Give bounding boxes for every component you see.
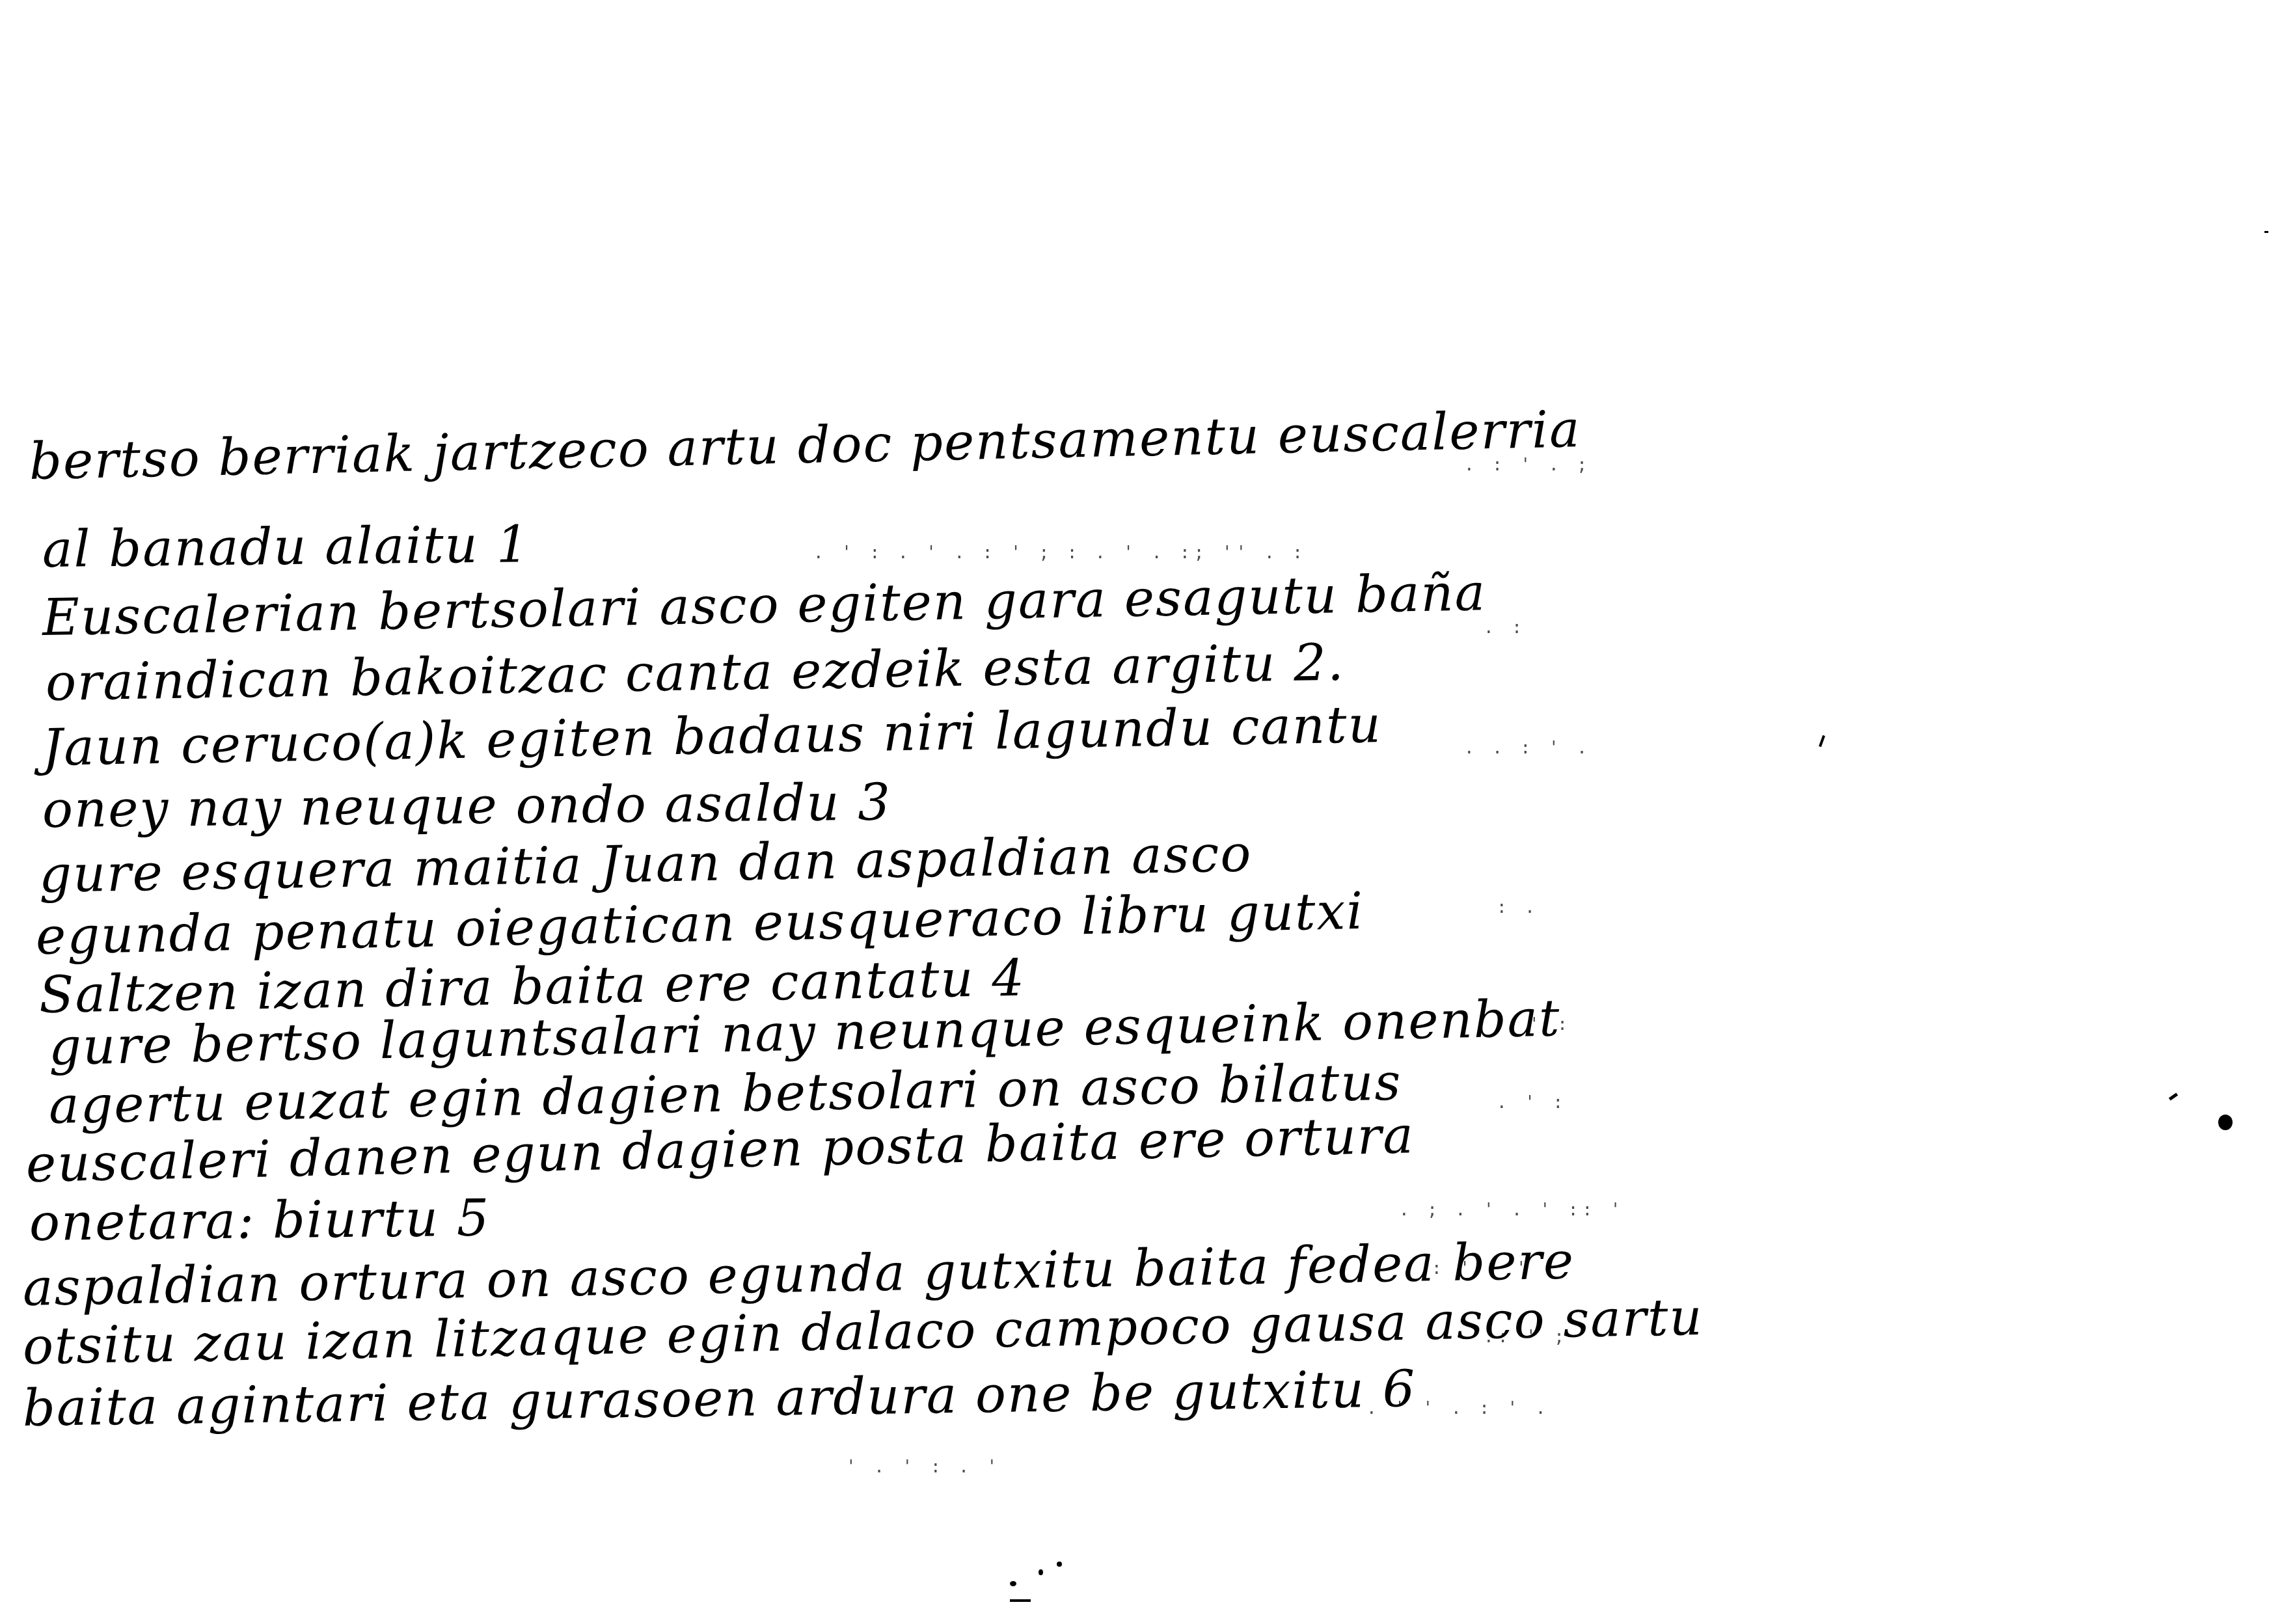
ink-blot	[1057, 1562, 1062, 1567]
ink-mark	[1819, 735, 1825, 747]
scan-noise: : .	[1497, 898, 1539, 917]
scan-noise: . . : ' .	[1464, 738, 1591, 758]
scan-noise: ' :	[1529, 1015, 1571, 1035]
ink-mark	[2169, 1092, 2178, 1100]
text-line-2: al banadu alaitu 1	[42, 515, 530, 579]
ink-blot	[2218, 1115, 2233, 1130]
ink-mark	[1010, 1599, 1031, 1602]
scan-noise: : ' . '	[1432, 1259, 1530, 1279]
scan-noise: . ; . ' . ' :: '	[1399, 1200, 1624, 1220]
manuscript-page: bertso berriak jartzeco artu doc pentsam…	[0, 0, 2282, 1624]
ink-mark	[2264, 231, 2268, 233]
scan-noise: . : ' . ;	[1464, 455, 1591, 475]
scan-noise: ' . ' : . '	[846, 1457, 1001, 1477]
scan-noise: .: ' ;	[1484, 1327, 1568, 1347]
scan-noise: . ' : . ' . : ' ; : . ' . :; '' . :	[813, 543, 1307, 563]
text-line-1: bertso berriak jartzeco artu doc pentsam…	[29, 400, 1581, 491]
ink-blot	[1039, 1569, 1043, 1575]
text-line-6: oney nay neuque ondo asaldu 3	[42, 774, 892, 839]
text-line-13: onetara: biurtu 5	[29, 1189, 491, 1252]
ink-blot	[1010, 1581, 1016, 1586]
scan-noise: . ' :	[1497, 1093, 1567, 1113]
scan-noise: . :	[1484, 618, 1526, 638]
scan-noise: . ' ' . : ' .	[1366, 1399, 1550, 1418]
